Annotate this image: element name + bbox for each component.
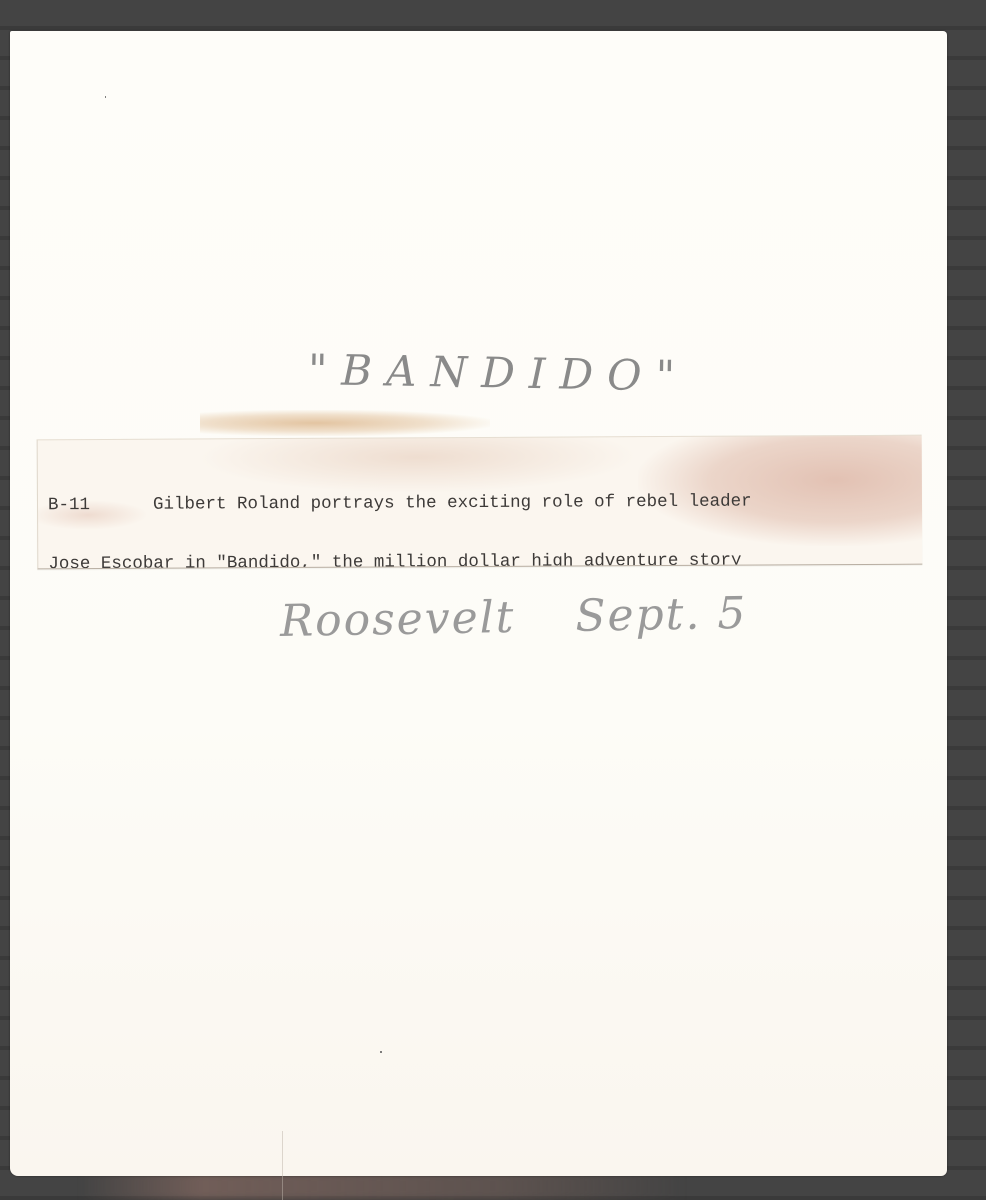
background-shadow	[80, 1172, 686, 1200]
handwritten-note: RooseveltSept. 5	[280, 588, 748, 647]
handwritten-date: Sept. 5	[575, 588, 748, 642]
paper-crease	[282, 1131, 283, 1200]
paper-speck	[105, 96, 106, 98]
paper-speck	[380, 1051, 382, 1053]
handwritten-title: "BANDIDO"	[308, 345, 690, 401]
typed-caption: B-11 Gilbert Roland portrays the excitin…	[48, 454, 753, 570]
stain-mark	[200, 410, 490, 436]
caption-snippet: B-11 Gilbert Roland portrays the excitin…	[37, 435, 923, 570]
caption-line: B-11 Gilbert Roland portrays the excitin…	[48, 493, 752, 516]
handwritten-location: Roosevelt	[280, 592, 516, 647]
